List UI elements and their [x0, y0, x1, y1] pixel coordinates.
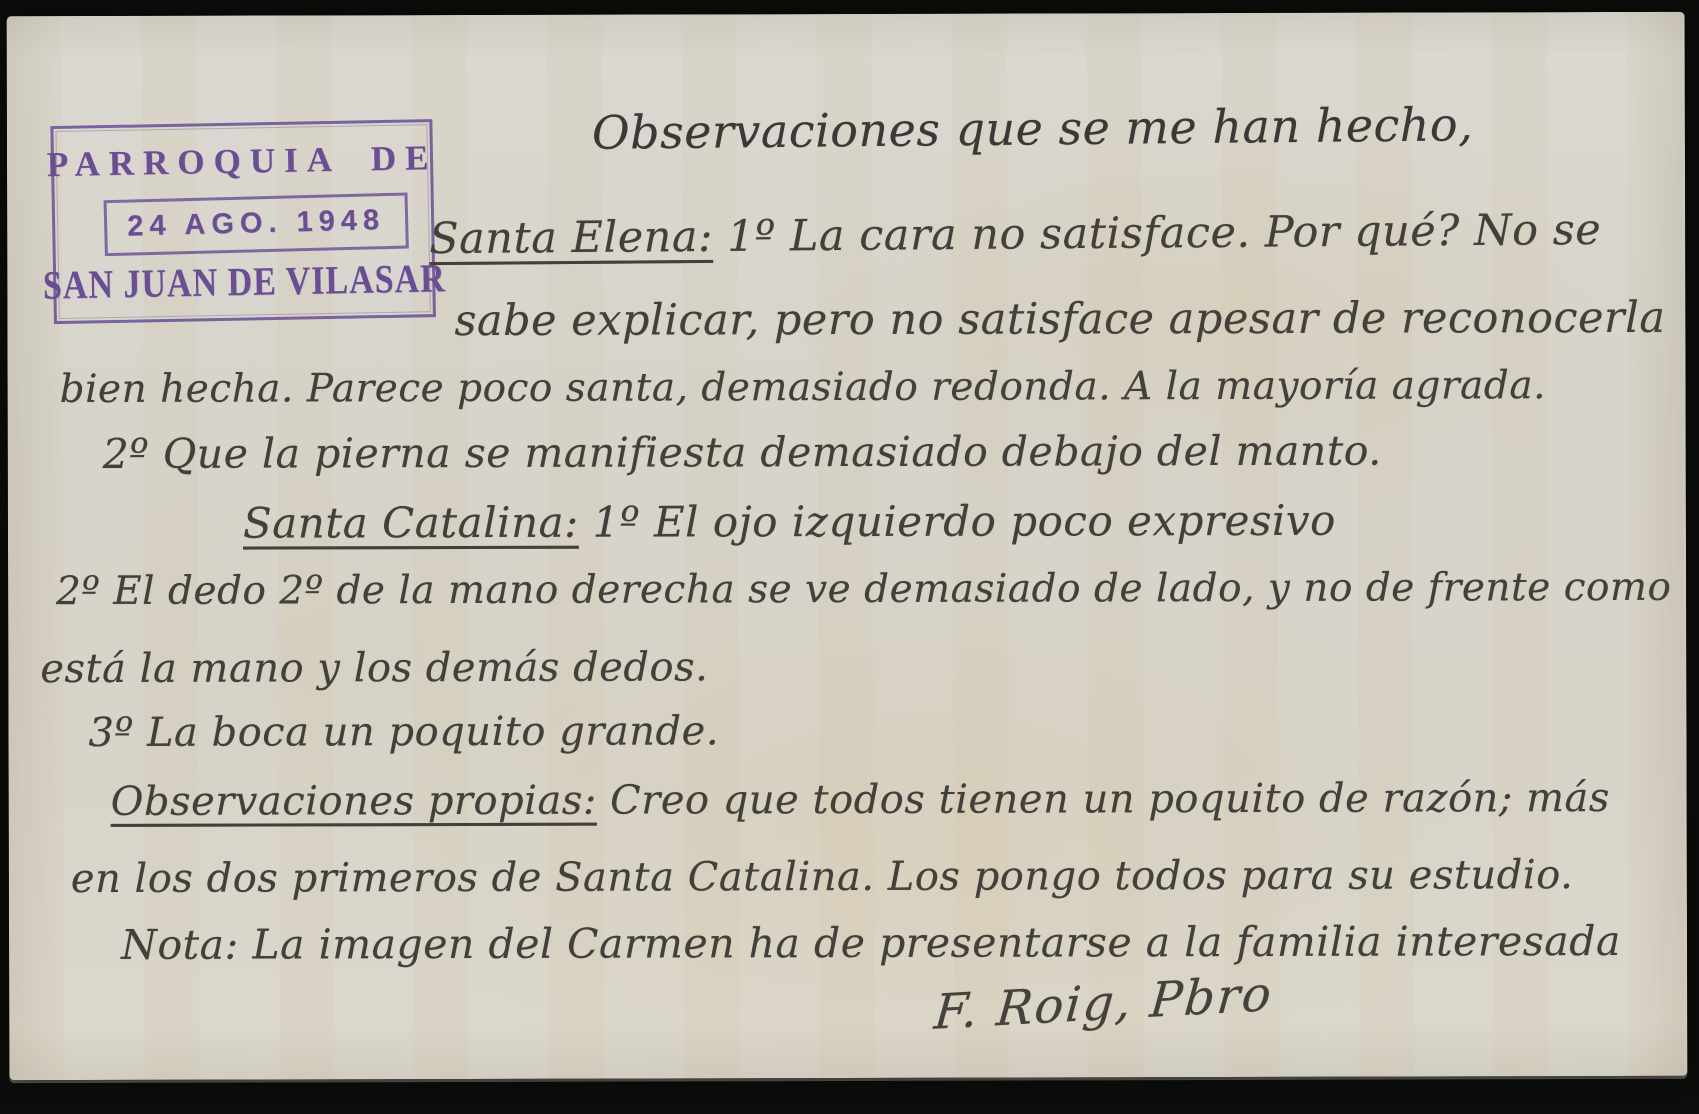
stamp-date: 24 AGO. 1948: [127, 204, 386, 244]
handwritten-line: Santa Catalina: 1º El ojo izquierdo poco…: [243, 496, 1336, 548]
line-text: Creo que todos tienen un poquito de razó…: [597, 775, 1610, 824]
section-label-santa-elena: Santa Elena:: [429, 212, 713, 264]
line-text: 2º Que la pierna se manifiesta demasiado…: [103, 427, 1382, 478]
handwritten-line: 2º El dedo 2º de la mano derecha se ve d…: [56, 565, 1671, 614]
paper-sheet: PARROQUIA DE 24 AGO. 1948 SAN JUAN DE VI…: [7, 12, 1688, 1080]
line-text: 3º La boca un poquito grande.: [88, 708, 719, 756]
handwritten-line: sabe explicar, pero no satisface apesar …: [454, 293, 1665, 346]
line-text: bien hecha. Parece poco santa, demasiado…: [60, 363, 1546, 412]
stamp-org-line: PARROQUIA DE: [46, 138, 437, 185]
handwritten-line: 3º La boca un poquito grande.: [88, 708, 719, 756]
stamp-place-line: SAN JUAN DE VILASAR: [42, 257, 446, 309]
handwritten-line: Nota: La imagen del Carmen ha de present…: [121, 917, 1621, 969]
handwritten-line: bien hecha. Parece poco santa, demasiado…: [60, 363, 1546, 412]
note-title: Observaciones que se me han hecho,: [592, 97, 1474, 159]
handwritten-line: en los dos primeros de Santa Catalina. L…: [71, 852, 1574, 902]
handwritten-line: está la mano y los demás dedos.: [40, 644, 708, 692]
scanned-document: PARROQUIA DE 24 AGO. 1948 SAN JUAN DE VI…: [0, 0, 1699, 1114]
section-label-santa-catalina: Santa Catalina:: [243, 498, 579, 548]
handwritten-line: Observaciones propias: Creo que todos ti…: [111, 775, 1610, 825]
line-text: sabe explicar, pero no satisface apesar …: [454, 293, 1665, 346]
handwritten-line: Santa Elena: 1º La cara no satisface. Po…: [429, 205, 1601, 264]
line-text: 1º La cara no satisface. Por qué? No se: [713, 205, 1602, 262]
line-text: está la mano y los demás dedos.: [40, 644, 708, 692]
handwritten-line: 2º Que la pierna se manifiesta demasiado…: [103, 427, 1382, 478]
line-text: La imagen del Carmen ha de presentarse a…: [239, 917, 1621, 969]
parish-stamp: PARROQUIA DE 24 AGO. 1948 SAN JUAN DE VI…: [50, 119, 436, 324]
section-label-observaciones-propias: Observaciones propias:: [111, 778, 597, 825]
line-text: 1º El ojo izquierdo poco expresivo: [579, 496, 1336, 547]
section-label-nota: Nota:: [121, 921, 239, 969]
signature: F. Roig, Pbro: [932, 966, 1275, 1041]
stamp-date-box: 24 AGO. 1948: [104, 193, 409, 257]
line-text: 2º El dedo 2º de la mano derecha se ve d…: [56, 565, 1671, 614]
line-text: en los dos primeros de Santa Catalina. L…: [71, 852, 1574, 902]
